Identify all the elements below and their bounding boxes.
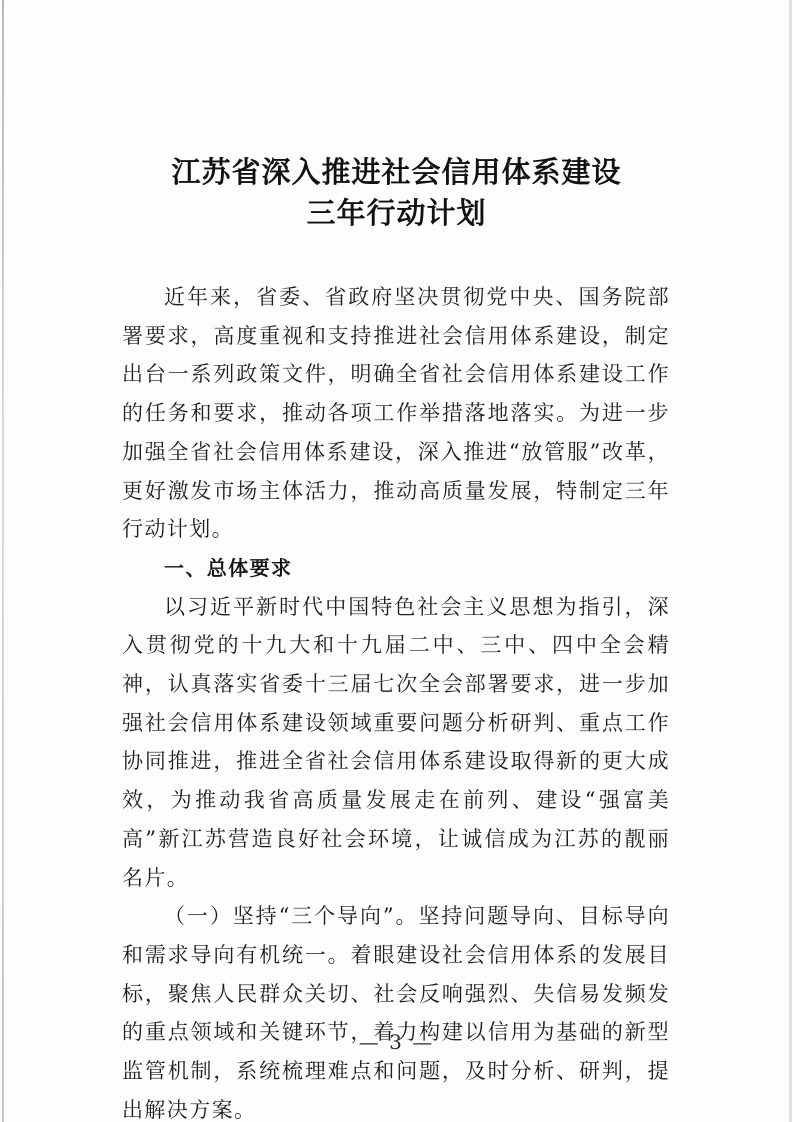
guiding-principle-paragraph: 以习近平新时代中国特色社会主义思想为指引，深入贯彻党的十九大和十九届二中、三中、… — [122, 588, 670, 898]
document-title-line-1: 江苏省深入推进社会信用体系建设 — [0, 152, 793, 192]
intro-paragraph: 近年来，省委、省政府坚决贯彻党中央、国务院部署要求，高度重视和支持推进社会信用体… — [122, 278, 670, 549]
three-orientations-paragraph: （一）坚持“三个导向”。坚持问题导向、目标导向和需求导向有机统一。着眼建设社会信… — [122, 897, 670, 1122]
document-body: 近年来，省委、省政府坚决贯彻党中央、国务院部署要求，高度重视和支持推进社会信用体… — [122, 278, 670, 1122]
page-number: — 3 — — [0, 1030, 793, 1054]
document-title-line-2: 三年行动计划 — [0, 193, 793, 233]
section-heading-general-requirements: 一、总体要求 — [122, 549, 670, 588]
document-page: 江苏省深入推进社会信用体系建设 三年行动计划 近年来，省委、省政府坚决贯彻党中央… — [0, 0, 793, 1122]
